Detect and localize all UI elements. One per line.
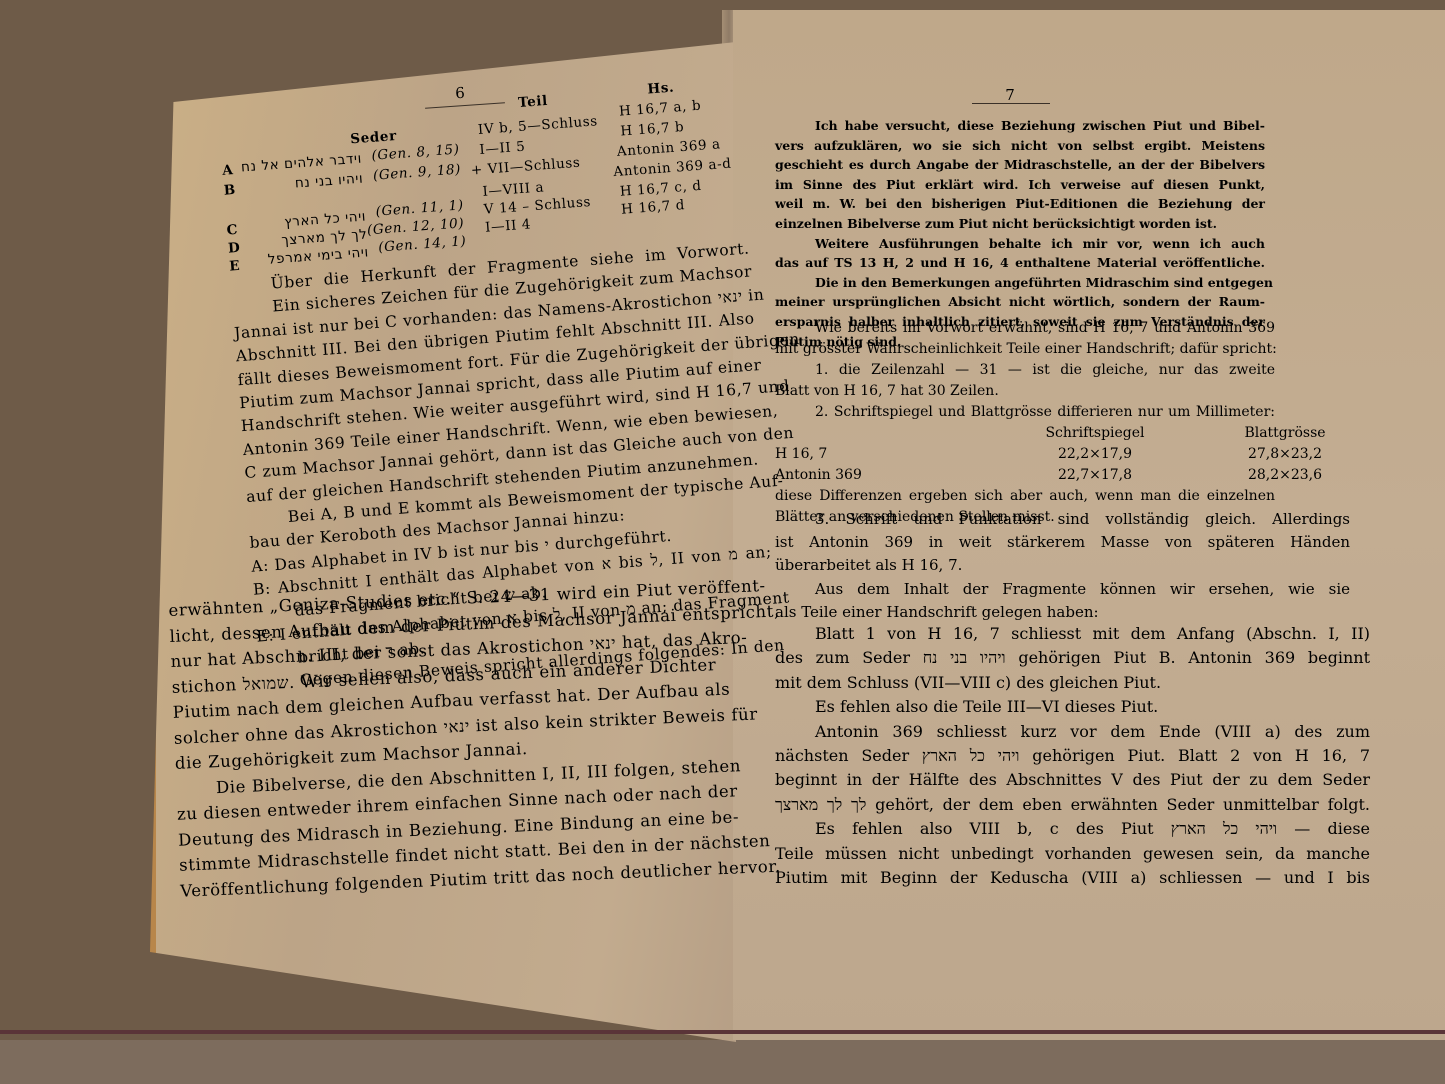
- text-line: ist Antonin 369 in weit stärkerem Masse …: [775, 531, 1350, 554]
- text-line: Blatt von H 16, 7 hat 30 Zeilen.: [775, 381, 1275, 402]
- right-page-lower: 3. Schrift und Punktation sind vollständ…: [775, 508, 1350, 624]
- page-number-rule-right: [972, 103, 1050, 104]
- text-line: לך לך מארצך gehört, der dem eben erwähnt…: [775, 793, 1370, 817]
- text-line: Die in den Bemerkungen angeführten Midra…: [775, 273, 1265, 293]
- dim-value: 22,2×17,9: [995, 444, 1195, 465]
- text-line: weil m. W. bei den bisherigen Piut-Editi…: [775, 194, 1265, 214]
- text-line: Aus dem Inhalt der Fragmente können wir …: [775, 578, 1350, 601]
- dim-header-blank: [775, 423, 995, 444]
- cover-edge: [0, 1030, 1445, 1034]
- right-page-bottom: Blatt 1 von H 16, 7 schliesst mit dem An…: [775, 622, 1370, 890]
- left-page-body-lower: erwähnten „Geniza-Studies etc.“ S. 24—31…: [168, 575, 725, 904]
- row-label: E: [229, 255, 242, 279]
- row-label: B: [223, 179, 237, 203]
- text-line: als Teile einer Handschrift gelegen habe…: [775, 601, 1350, 624]
- text-line: Wie bereits im Vorwort erwähnt, sind H 1…: [775, 318, 1275, 339]
- text-line: Ich habe versucht, diese Beziehung zwisc…: [775, 116, 1265, 136]
- genesis-ref: (Gen. 9, 18): [372, 158, 462, 188]
- text-line: geschieht es durch Angabe der Midraschst…: [775, 155, 1265, 175]
- dim-header-blattgroesse: Blattgrösse: [1195, 423, 1375, 444]
- right-page-middle: Wie bereits im Vorwort erwähnt, sind H 1…: [775, 318, 1275, 528]
- dim-row-label: Antonin 369: [775, 465, 995, 486]
- text-line: Es fehlen also die Teile III—VI dieses P…: [775, 695, 1370, 719]
- text-line: diese Differenzen ergeben sich aber auch…: [775, 486, 1275, 507]
- text-line: überarbeitet als H 16, 7.: [775, 554, 1350, 577]
- text-line: Piutim mit Beginn der Keduscha (VIII a) …: [775, 866, 1370, 890]
- text-line: Blatt 1 von H 16, 7 schliesst mit dem An…: [775, 622, 1370, 646]
- text-line: nächsten Seder ויהי כל הארץ gehörigen Pi…: [775, 744, 1370, 768]
- text-line: 3. Schrift und Punktation sind vollständ…: [775, 508, 1350, 531]
- text-line: Antonin 369 schliesst kurz vor dem Ende …: [775, 720, 1370, 744]
- teil-header: Teil: [517, 90, 548, 116]
- open-book: 6 Seder Teil Hs. A וידבר אלהים אל נח (Ge…: [0, 0, 1445, 1084]
- dim-row-label: H 16, 7: [775, 444, 995, 465]
- dim-value: 22,7×17,8: [995, 465, 1195, 486]
- text-line: mit dem Schluss (VII—VIII c) des gleiche…: [775, 671, 1370, 695]
- dim-value: 28,2×23,6: [1195, 465, 1375, 486]
- page-number-right: 7: [995, 86, 1025, 104]
- text-line: Weitere Ausführungen behalte ich mir vor…: [775, 234, 1265, 254]
- teil-value: I—II 4: [484, 213, 532, 240]
- dim-value: 27,8×23,2: [1195, 444, 1375, 465]
- hs-value: H 16,7 d: [620, 194, 685, 222]
- right-page-upper: Ich habe versucht, diese Beziehung zwisc…: [775, 116, 1265, 351]
- text-line: das auf TS 13 H, 2 und H 16, 4 enthalten…: [775, 253, 1265, 273]
- text-line: im Sinne des Piut erklärt wird. Ich verw…: [775, 175, 1265, 195]
- text-line: 1. die Zeilenzahl — 31 — ist die gleiche…: [775, 360, 1275, 381]
- text-line: beginnt in der Hälfte des Abschnittes V …: [775, 768, 1370, 792]
- text-line: 2. Schriftspiegel und Blattgrösse differ…: [775, 402, 1275, 423]
- dimensions-table: Schriftspiegel Blattgrösse H 16, 7 22,2×…: [775, 423, 1275, 486]
- text-line: des zum Seder ויהיו בני נח gehörigen Piu…: [775, 646, 1370, 670]
- table-surface: [0, 1040, 1445, 1084]
- text-line: Es fehlen also VIII b, c des Piut ויהי כ…: [775, 817, 1370, 841]
- text-line: Teile müssen nicht unbedingt vorhanden g…: [775, 842, 1370, 866]
- genesis-ref: (Gen. 14, 1): [378, 230, 468, 260]
- dim-header-schriftspiegel: Schriftspiegel: [995, 423, 1195, 444]
- text-line: einzelnen Bibelverse zum Piut nicht berü…: [775, 214, 1265, 234]
- text-line: meiner ursprünglichen Absicht nicht wört…: [775, 292, 1265, 312]
- text-line: vers aufzuklären, wo sie sich nicht von …: [775, 136, 1265, 156]
- text-line: mit grösster Wahrscheinlichkeit Teile ei…: [775, 339, 1275, 360]
